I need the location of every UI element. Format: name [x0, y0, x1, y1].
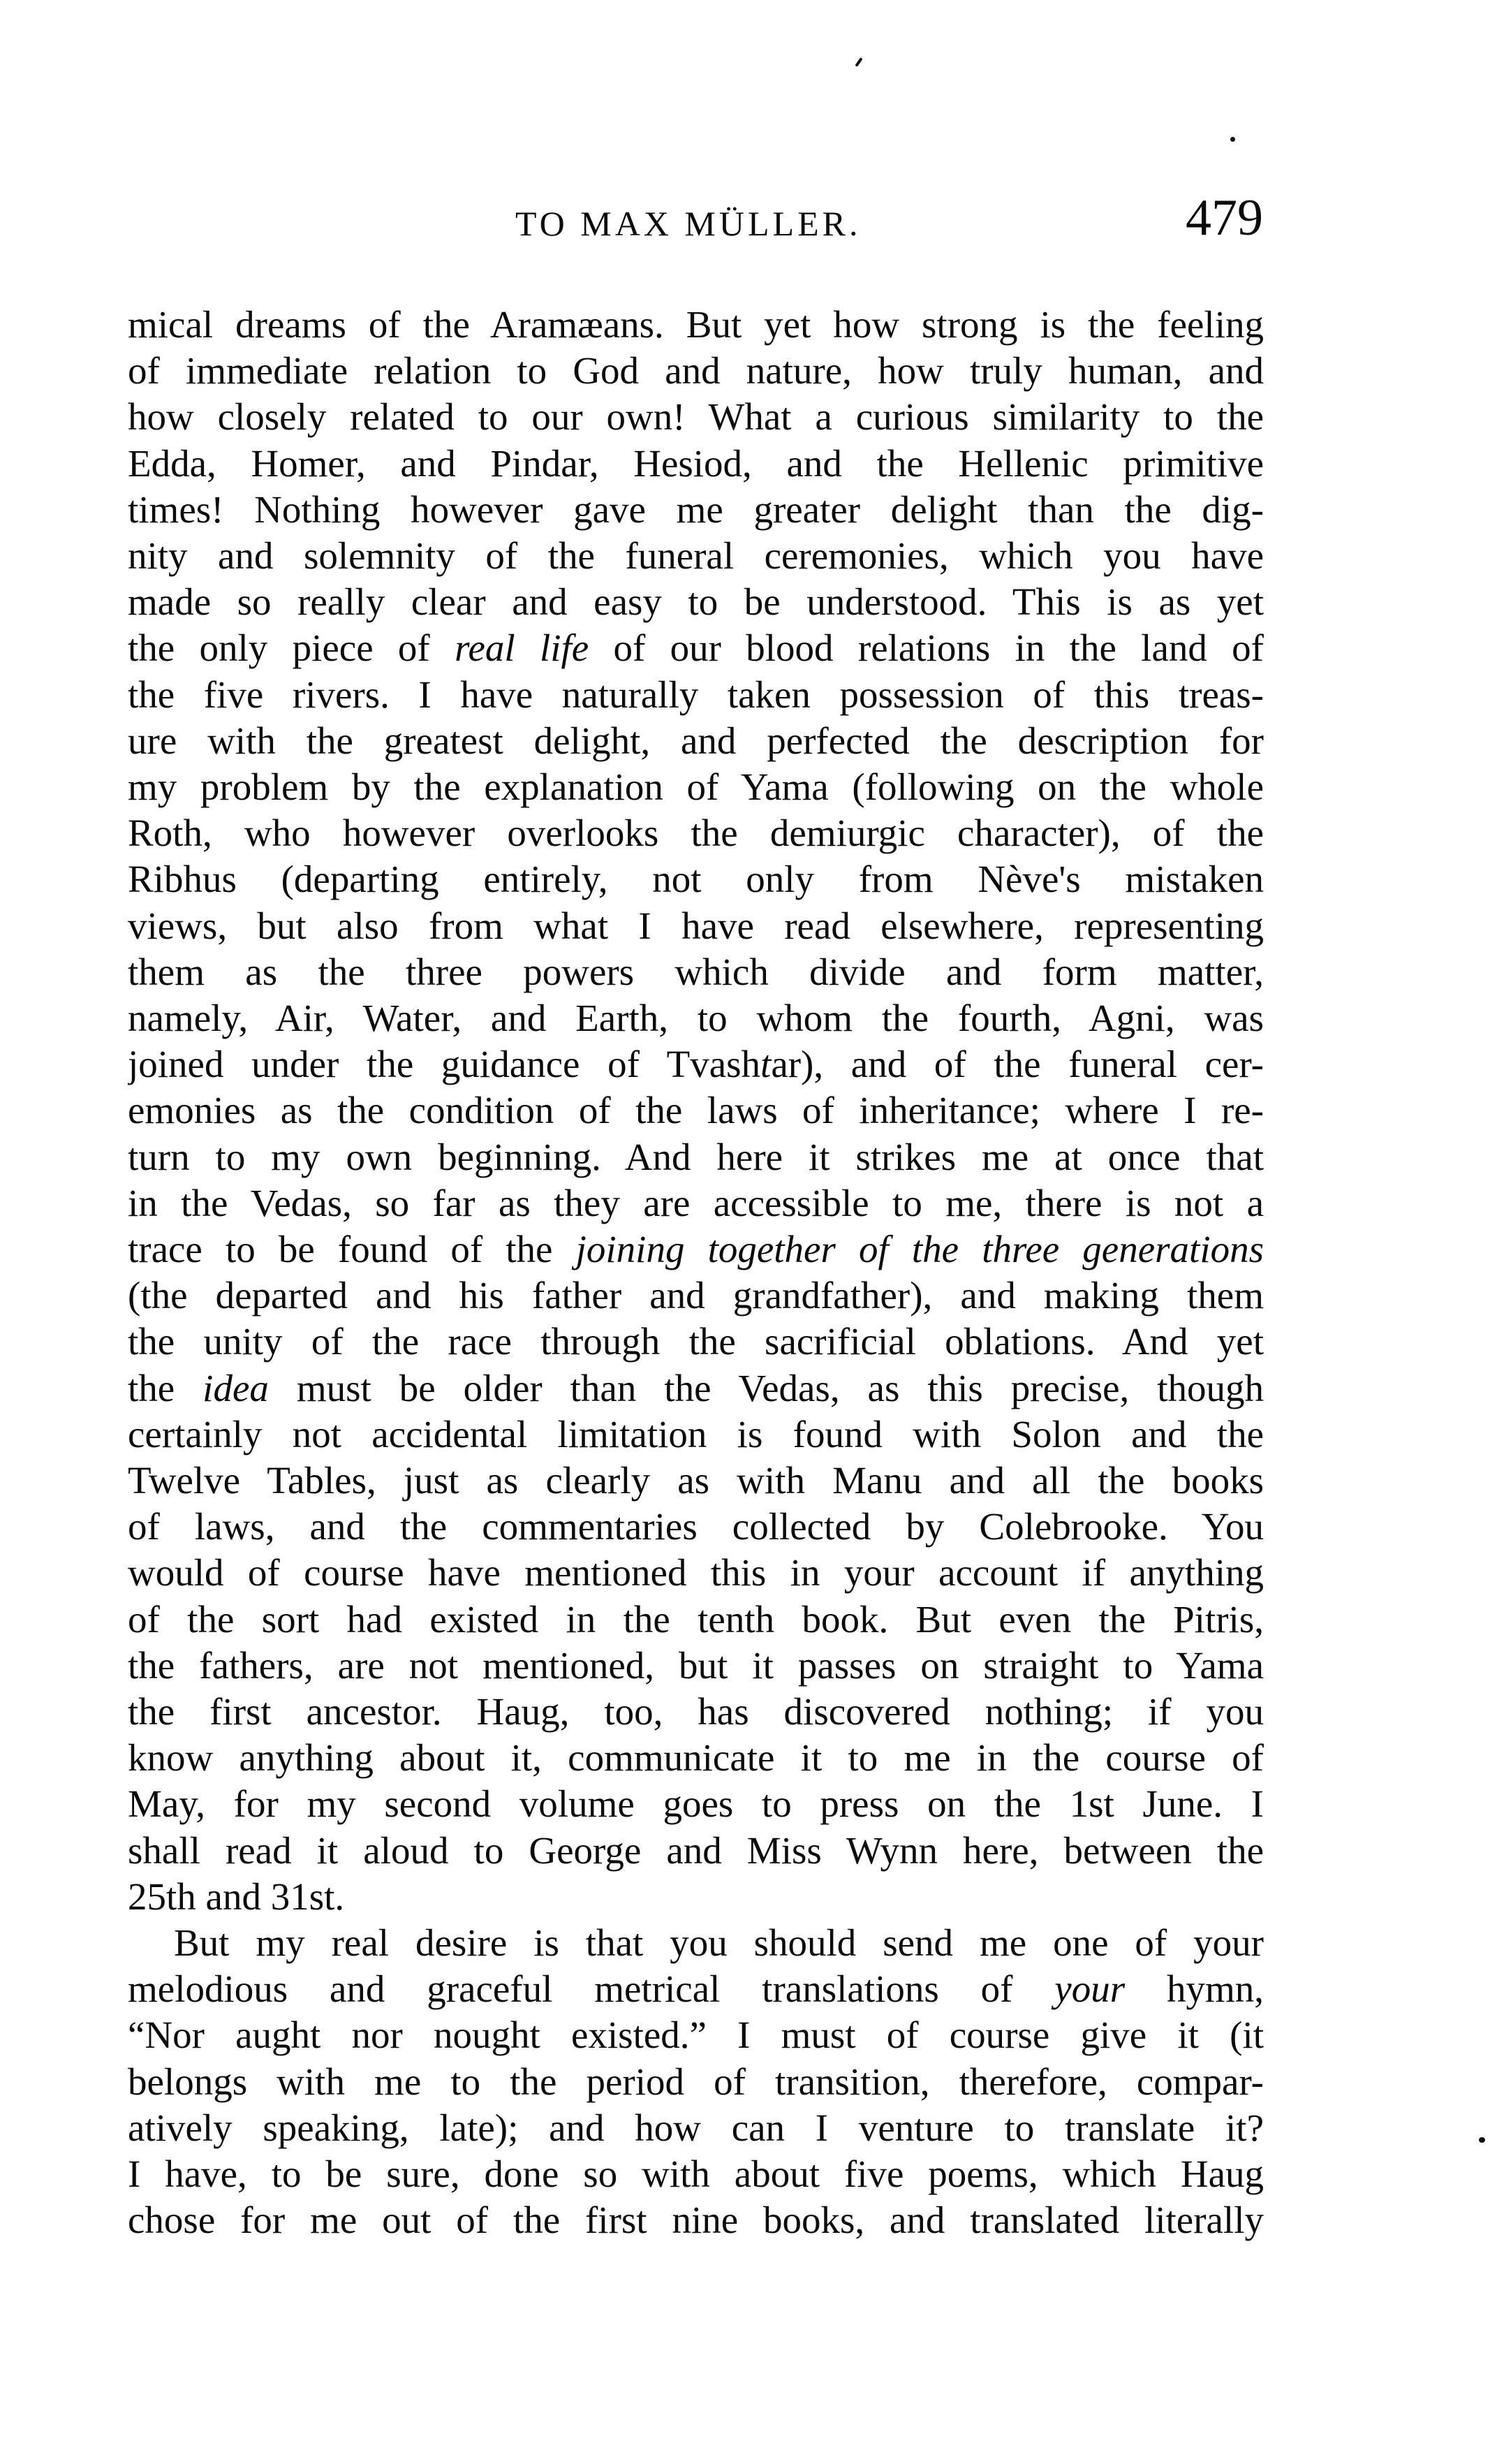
- text-line: I have, to be sure, done so with about f…: [128, 2151, 1264, 2197]
- text-line: shall read it aloud to George and Miss W…: [128, 1828, 1264, 1874]
- text-line: chose for me out of the first nine books…: [128, 2197, 1264, 2243]
- text-segment: emonies as the condition of the laws of …: [128, 1089, 1264, 1131]
- text-line: namely, Air, Water, and Earth, to whom t…: [128, 995, 1264, 1041]
- text-segment: Edda, Homer, and Pindar, Hesiod, and the…: [128, 442, 1264, 485]
- text-segment: of the sort had existed in the tenth boo…: [128, 1598, 1264, 1641]
- text-line: But my real desire is that you should se…: [128, 1920, 1264, 1966]
- text-line: views, but also from what I have read el…: [128, 903, 1264, 949]
- text-segment: times! Nothing however gave me greater d…: [128, 488, 1264, 531]
- text-line: trace to be found of the joining togethe…: [128, 1226, 1264, 1273]
- text-segment: the five rivers. I have naturally taken …: [128, 673, 1264, 716]
- text-segment: But my real desire is that you should se…: [174, 1921, 1264, 1964]
- italic-text: t: [760, 1043, 771, 1085]
- text-line: in the Vedas, so far as they are accessi…: [128, 1180, 1264, 1226]
- text-line: “Nor aught nor nought existed.” I must o…: [128, 2012, 1264, 2058]
- text-segment: joined under the guidance of Tvash: [128, 1043, 760, 1085]
- text-line: 25th and 31st.: [128, 1874, 1264, 1920]
- text-segment: them as the three powers which divide an…: [128, 951, 1264, 993]
- text-line: Ribhus (departing entirely, not only fro…: [128, 856, 1264, 902]
- ink-speck: [1230, 137, 1235, 142]
- text-segment: namely, Air, Water, and Earth, to whom t…: [128, 997, 1264, 1039]
- text-segment: ar), and of the funeral cer-: [771, 1043, 1264, 1085]
- text-line: mical dreams of the Aramæans. But yet ho…: [128, 302, 1264, 348]
- text-line: of immediate relation to God and nature,…: [128, 348, 1264, 394]
- text-segment: made so really clear and easy to be unde…: [128, 580, 1264, 623]
- running-head: TO MAX MÜLLER.: [515, 203, 861, 244]
- text-line: joined under the guidance of Tvashtar), …: [128, 1041, 1264, 1087]
- text-segment: 25th and 31st.: [128, 1875, 344, 1918]
- text-segment: hymn,: [1125, 1967, 1264, 2010]
- text-line: of laws, and the commentaries collected …: [128, 1504, 1264, 1550]
- text-segment: the: [128, 1367, 202, 1409]
- ink-speck: [855, 57, 862, 67]
- text-line: times! Nothing however gave me greater d…: [128, 487, 1264, 533]
- text-line: the unity of the race through the sacrif…: [128, 1319, 1264, 1365]
- text-segment: belongs with me to the period of transit…: [128, 2060, 1264, 2103]
- text-line: turn to my own beginning. And here it st…: [128, 1134, 1264, 1180]
- text-line: ure with the greatest delight, and perfe…: [128, 718, 1264, 764]
- text-line: certainly not accidental limitation is f…: [128, 1411, 1264, 1458]
- text-segment: ure with the greatest delight, and perfe…: [128, 719, 1264, 762]
- italic-text: your: [1054, 1967, 1125, 2010]
- text-segment: in the Vedas, so far as they are accessi…: [128, 1182, 1264, 1224]
- text-segment: May, for my second volume goes to press …: [128, 1782, 1264, 1825]
- text-line: them as the three powers which divide an…: [128, 949, 1264, 995]
- text-segment: of immediate relation to God and nature,…: [128, 349, 1264, 392]
- italic-text: joining together of the three generation…: [576, 1228, 1264, 1270]
- text-line: Roth, who however overlooks the demiurgi…: [128, 810, 1264, 856]
- page-number: 479: [1186, 190, 1263, 246]
- text-line: the fathers, are not mentioned, but it p…: [128, 1643, 1264, 1689]
- ink-speck: [1479, 2137, 1485, 2143]
- text-segment: certainly not accidental limitation is f…: [128, 1413, 1264, 1455]
- text-line: the idea must be older than the Vedas, a…: [128, 1365, 1264, 1411]
- text-line: made so really clear and easy to be unde…: [128, 579, 1264, 625]
- text-line: the first ancestor. Haug, too, has disco…: [128, 1689, 1264, 1735]
- text-segment: (the departed and his father and grandfa…: [128, 1274, 1264, 1317]
- text-line: the five rivers. I have naturally taken …: [128, 672, 1264, 718]
- italic-text: real life: [455, 626, 589, 669]
- text-line: atively speaking, late); and how can I v…: [128, 2105, 1264, 2151]
- text-segment: the fathers, are not mentioned, but it p…: [128, 1644, 1264, 1687]
- text-line: of the sort had existed in the tenth boo…: [128, 1597, 1264, 1643]
- text-segment: the first ancestor. Haug, too, has disco…: [128, 1690, 1264, 1733]
- text-segment: mical dreams of the Aramæans. But yet ho…: [128, 303, 1264, 346]
- text-segment: the only piece of: [128, 626, 455, 669]
- text-line: Twelve Tables, just as clearly as with M…: [128, 1458, 1264, 1504]
- text-line: emonies as the condition of the laws of …: [128, 1087, 1264, 1134]
- text-segment: Roth, who however overlooks the demiurgi…: [128, 812, 1264, 854]
- text-segment: chose for me out of the first nine books…: [128, 2199, 1264, 2241]
- text-line: know anything about it, communicate it t…: [128, 1735, 1264, 1781]
- text-line: my problem by the explanation of Yama (f…: [128, 764, 1264, 810]
- text-segment: how closely related to our own! What a c…: [128, 395, 1264, 438]
- text-segment: trace to be found of the: [128, 1228, 576, 1270]
- text-segment: would of course have mentioned this in y…: [128, 1551, 1264, 1594]
- book-page: TO MAX MÜLLER. 479 mical dreams of the A…: [0, 0, 1497, 2464]
- text-line: melodious and graceful metrical translat…: [128, 1966, 1264, 2012]
- text-segment: views, but also from what I have read el…: [128, 904, 1264, 947]
- italic-text: idea: [202, 1367, 269, 1409]
- text-line: would of course have mentioned this in y…: [128, 1550, 1264, 1596]
- text-segment: melodious and graceful metrical translat…: [128, 1967, 1054, 2010]
- text-line: (the departed and his father and grandfa…: [128, 1273, 1264, 1319]
- text-line: May, for my second volume goes to press …: [128, 1781, 1264, 1827]
- text-segment: must be older than the Vedas, as this pr…: [269, 1367, 1264, 1409]
- text-segment: “Nor aught nor nought existed.” I must o…: [128, 2014, 1264, 2056]
- text-line: belongs with me to the period of transit…: [128, 2059, 1264, 2105]
- text-segment: turn to my own beginning. And here it st…: [128, 1136, 1264, 1178]
- text-segment: of laws, and the commentaries collected …: [128, 1505, 1264, 1548]
- text-line: Edda, Homer, and Pindar, Hesiod, and the…: [128, 441, 1264, 487]
- text-segment: shall read it aloud to George and Miss W…: [128, 1829, 1264, 1872]
- text-segment: Twelve Tables, just as clearly as with M…: [128, 1459, 1264, 1502]
- text-segment: know anything about it, communicate it t…: [128, 1736, 1264, 1779]
- text-line: nity and solemnity of the funeral ceremo…: [128, 533, 1264, 579]
- text-segment: atively speaking, late); and how can I v…: [128, 2106, 1264, 2149]
- text-segment: of our blood relations in the land of: [589, 626, 1264, 669]
- text-line: how closely related to our own! What a c…: [128, 394, 1264, 440]
- text-segment: my problem by the explanation of Yama (f…: [128, 765, 1264, 808]
- text-segment: I have, to be sure, done so with about f…: [128, 2153, 1264, 2195]
- text-segment: nity and solemnity of the funeral ceremo…: [128, 534, 1264, 577]
- text-line: the only piece of real life of our blood…: [128, 625, 1264, 671]
- text-segment: the unity of the race through the sacrif…: [128, 1320, 1264, 1363]
- text-segment: Ribhus (departing entirely, not only fro…: [128, 858, 1264, 900]
